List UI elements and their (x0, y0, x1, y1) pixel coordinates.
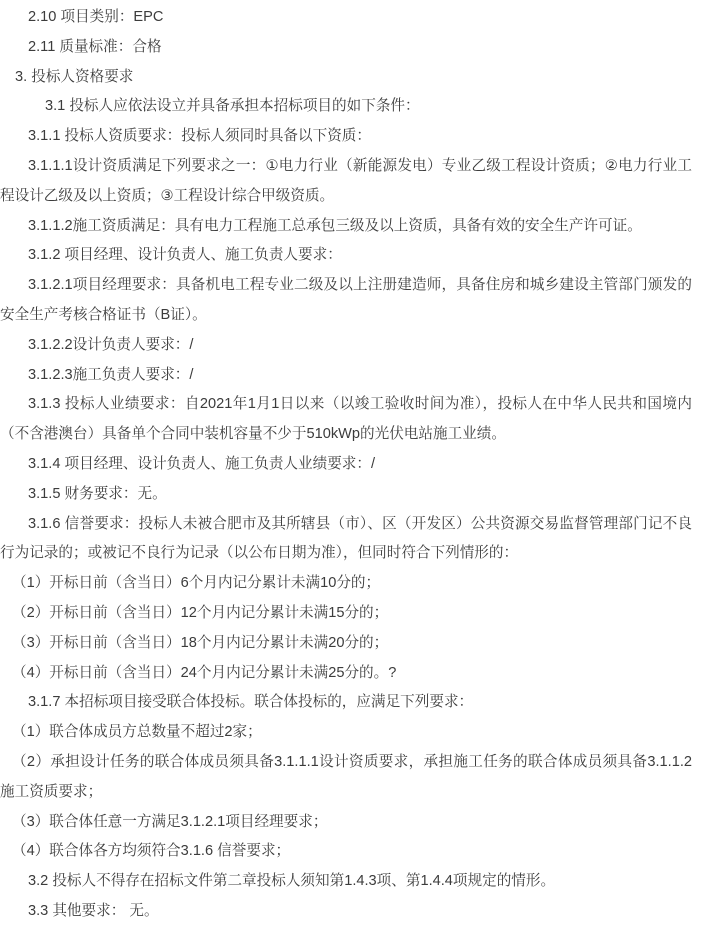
section-3-heading: 3. 投标人资格要求 (0, 63, 692, 93)
credit-list-item-4: （4）开标日前（含当日）24个月内记分累计未满25分的。? (0, 659, 692, 689)
document-page: 2.10 项目类别：EPC 2.11 质量标准：合格 3. 投标人资格要求 3.… (0, 0, 707, 925)
consortium-list-item-4: （4）联合体各方均须符合3.1.6 信誉要求； (0, 837, 692, 867)
clause-3-1-1: 3.1.1 投标人资质要求：投标人须同时具备以下资质： (0, 122, 692, 152)
clause-3-1-2-3: 3.1.2.3施工负责人要求：/ (0, 361, 692, 391)
clause-3-3: 3.3 其他要求： 无。 (0, 897, 692, 925)
consortium-list-item-3: （3）联合体任意一方满足3.1.2.1项目经理要求； (0, 808, 692, 838)
credit-list-item-1: （1）开标日前（含当日）6个月内记分累计未满10分的； (0, 569, 692, 599)
clause-3-1-5: 3.1.5 财务要求：无。 (0, 480, 692, 510)
credit-list-item-3: （3）开标日前（含当日）18个月内记分累计未满20分的； (0, 629, 692, 659)
clause-3-1: 3.1 投标人应依法设立并具备承担本招标项目的如下条件： (0, 92, 692, 122)
consortium-list-item-2: （2）承担设计任务的联合体成员须具备3.1.1.1设计资质要求，承担施工任务的联… (0, 748, 692, 808)
credit-list-item-2: （2）开标日前（含当日）12个月内记分累计未满15分的； (0, 599, 692, 629)
clause-3-1-2-1: 3.1.2.1项目经理要求：具备机电工程专业二级及以上注册建造师，具备住房和城乡… (0, 271, 692, 331)
clause-2-10: 2.10 项目类别：EPC (0, 3, 692, 33)
consortium-list-item-1: （1）联合体成员方总数量不超过2家； (0, 718, 692, 748)
clause-3-1-4: 3.1.4 项目经理、设计负责人、施工负责人业绩要求：/ (0, 450, 692, 480)
clause-3-1-2-2: 3.1.2.2设计负责人要求：/ (0, 331, 692, 361)
clause-3-1-1-1: 3.1.1.1设计资质满足下列要求之一：①电力行业（新能源发电）专业乙级工程设计… (0, 152, 692, 212)
clause-3-1-1-2: 3.1.1.2施工资质满足：具有电力工程施工总承包三级及以上资质，具备有效的安全… (0, 212, 692, 242)
clause-2-11: 2.11 质量标准：合格 (0, 33, 692, 63)
clause-3-1-3: 3.1.3 投标人业绩要求：自2021年1月1日以来（以竣工验收时间为准），投标… (0, 390, 692, 450)
clause-3-2: 3.2 投标人不得存在招标文件第二章投标人须知第1.4.3项、第1.4.4项规定… (0, 867, 692, 897)
clause-3-1-6: 3.1.6 信誉要求：投标人未被合肥市及其所辖县（市）、区（开发区）公共资源交易… (0, 510, 692, 570)
clause-3-1-2: 3.1.2 项目经理、设计负责人、施工负责人要求： (0, 241, 692, 271)
clause-3-1-7: 3.1.7 本招标项目接受联合体投标。联合体投标的，应满足下列要求： (0, 688, 692, 718)
